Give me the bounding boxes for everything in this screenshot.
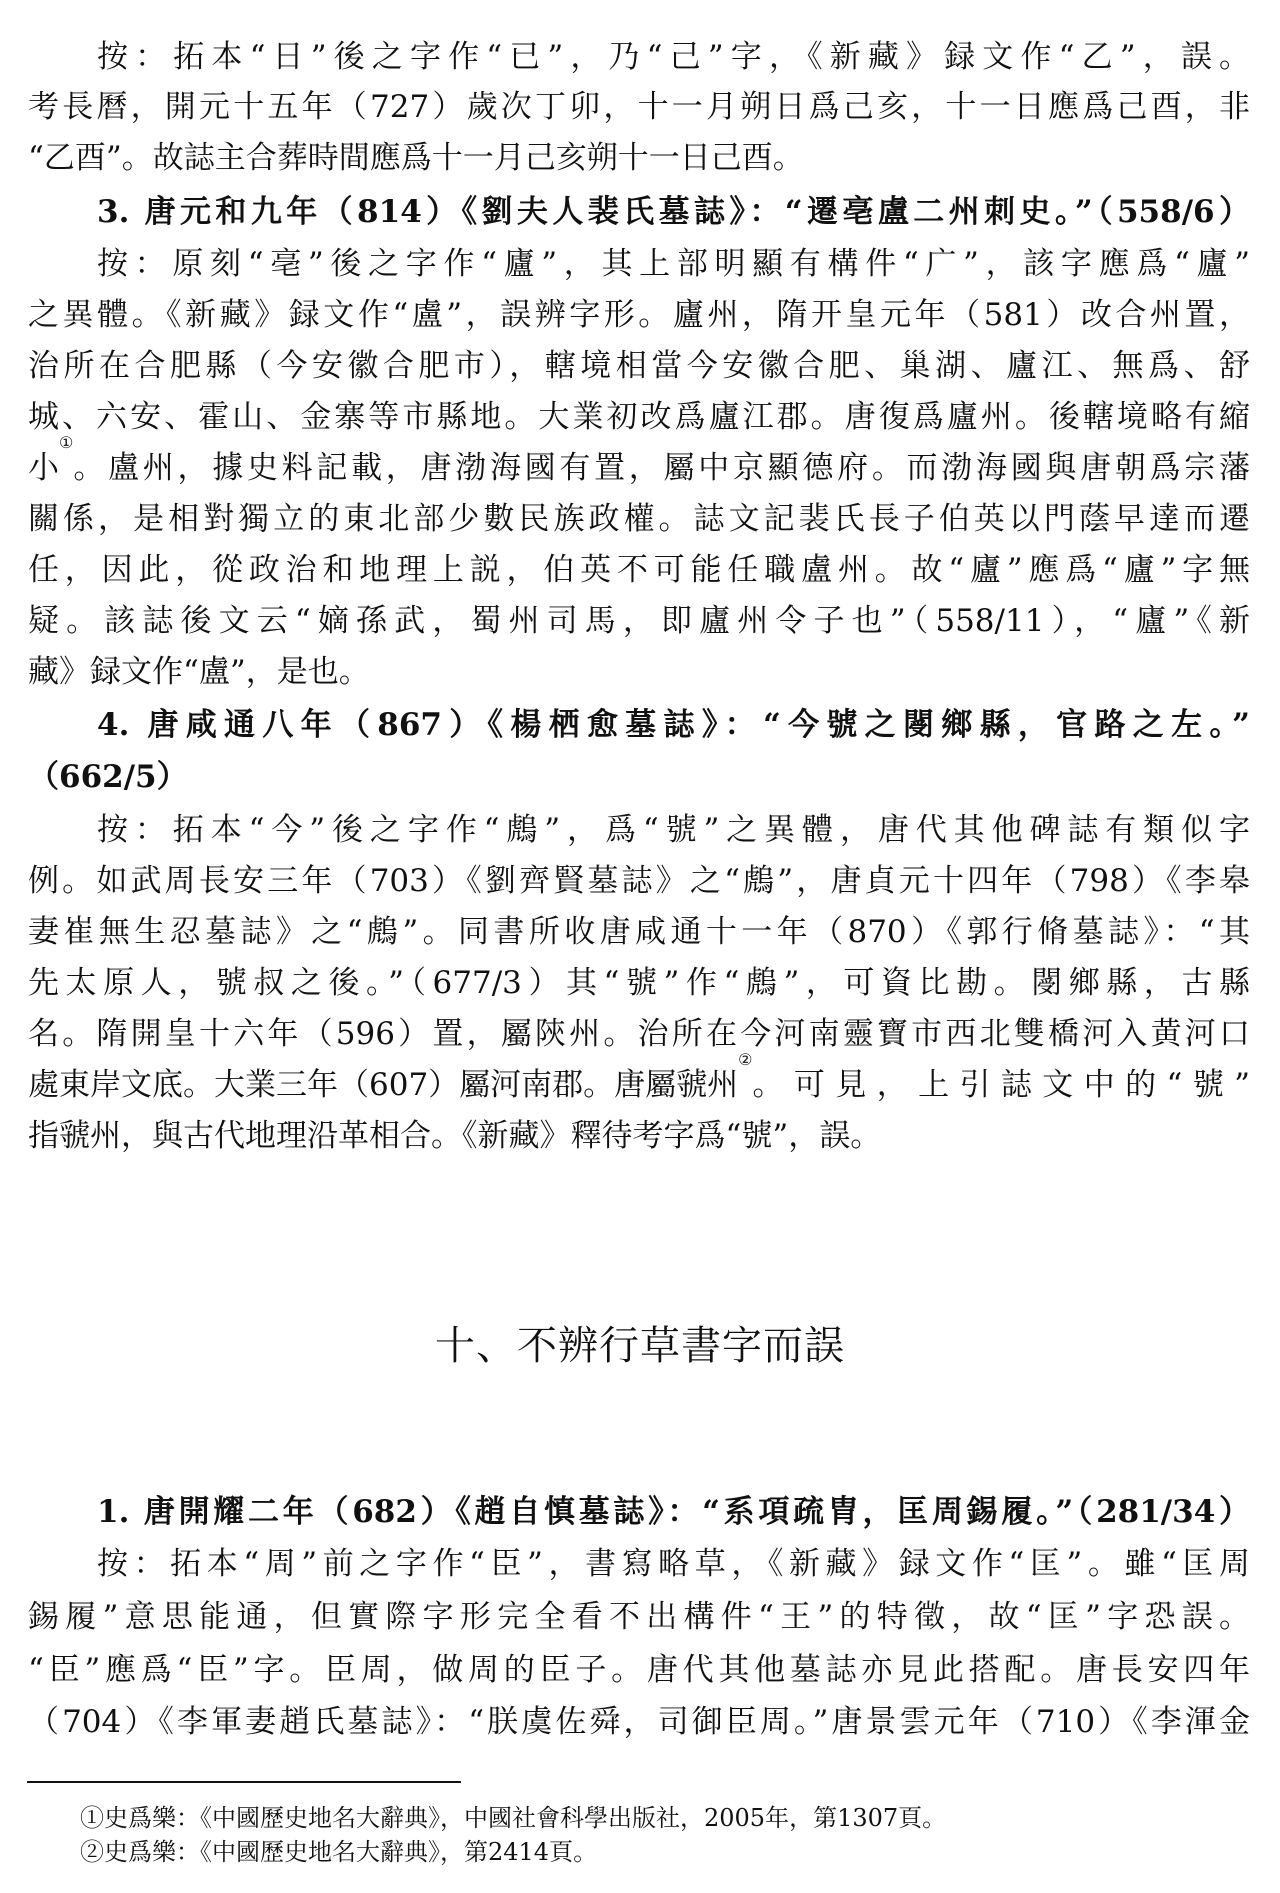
document-page: 按：拓本“日”後之字作“已”，乃“己”字，《新藏》録文作“乙”，誤。 考長曆，開… xyxy=(0,0,1280,1893)
item-heading-3: 3. 唐元和九年（814）《劉夫人裴氏墓誌》：“遷亳盧二州刺史。”（558/6） xyxy=(97,187,1250,237)
body-line: 按：原刻“亳”後之字作“廬”，其上部明顯有構件“广”，該字應爲“廬” xyxy=(97,239,1250,289)
body-line: 按：拓本“周”前之字作“臣”，書寫略草，《新藏》録文作“匡”。雖“匡周 xyxy=(97,1539,1250,1589)
item-heading-1: 1. 唐開耀二年（682）《趙自慎墓誌》：“系項疏胄，匡周錫履。”（281/34… xyxy=(97,1487,1250,1537)
body-line: 妻崔無生忍墓誌》之“䖚”。同書所收唐咸通十一年（870）《郭行脩墓誌》：“其 xyxy=(28,907,1250,957)
body-line: 之異體。《新藏》録文作“盧”，誤辨字形。廬州，隋开皇元年（581）改合州置， xyxy=(28,290,1250,340)
footnote-2: ②史爲樂：《中國歷史地名大辭典》，第2414頁。 xyxy=(80,1836,597,1868)
text-fragment: 小 xyxy=(28,443,59,493)
body-line: 錫履”意思能通，但實際字形完全看不出構件“王”的特徵，故“匡”字恐誤。 xyxy=(28,1592,1250,1642)
body-line: “臣”應爲“臣”字。臣周，做周的臣子。唐代其他墓誌亦見此搭配。唐長安四年 xyxy=(28,1645,1250,1695)
footnote-ref-2[interactable]: ② xyxy=(738,1060,752,1110)
body-line: 名。隋開皇十六年（596）置，屬陝州。治所在今河南靈寶市西北雙橋河入黄河口 xyxy=(28,1009,1250,1059)
body-line: （704）《李軍妻趙氏墓誌》：“朕虞佐舜，司御臣周。”唐景雲元年（710）《李渾… xyxy=(28,1697,1250,1747)
text-fragment: 。可見，上引誌文中的“號” xyxy=(753,1060,1250,1110)
body-line: 按：拓本“日”後之字作“已”，乃“己”字，《新藏》録文作“乙”，誤。 xyxy=(97,32,1250,82)
body-line-with-footnote: 小①。盧州，據史料記載，唐渤海國有置，屬中京顯德府。而渤海國與唐朝爲宗藩 xyxy=(28,443,1250,493)
item-heading-4: 4. 唐咸通八年（867）《楊栖愈墓誌》：“今號之閿鄉縣，官路之左。” xyxy=(97,700,1250,750)
body-line: 治所在合肥縣（今安徽合肥市），轄境相當今安徽合肥、巢湖、廬江、無爲、舒 xyxy=(28,341,1250,391)
body-line: 疑。該誌後文云“嫡孫武，蜀州司馬，即廬州令子也”（558/11），“廬”《新 xyxy=(28,596,1250,646)
body-line: 關係，是相對獨立的東北部少數民族政權。誌文記裴氏長子伯英以門蔭早達而遷 xyxy=(28,494,1250,544)
footnote-1: ①史爲樂：《中國歷史地名大辭典》，中國社會科學出版社，2005年，第1307頁。 xyxy=(80,1802,946,1834)
body-line: 先太原人，號叔之後。”（677/3）其“號”作“䖚”，可資比勘。閿鄉縣，古縣 xyxy=(28,958,1250,1008)
text-fragment: 處東岸文底。大業三年（607）屬河南郡。唐屬虢州 xyxy=(28,1060,738,1110)
body-line: 任，因此，從政治和地理上説，伯英不可能任職盧州。故“廬”應爲“廬”字無 xyxy=(28,545,1250,595)
footnote-ref-1[interactable]: ① xyxy=(59,443,73,493)
body-line: “乙酉”。故誌主合葬時間應爲十一月己亥朔十一日己酉。 xyxy=(28,133,1250,183)
text-fragment: 。盧州，據史料記載，唐渤海國有置，屬中京顯德府。而渤海國與唐朝爲宗藩 xyxy=(73,443,1250,493)
body-line: 指虢州，與古代地理沿革相合。《新藏》釋待考字爲“號”，誤。 xyxy=(28,1111,1250,1161)
body-line-with-footnote: 處東岸文底。大業三年（607）屬河南郡。唐屬虢州②。可見，上引誌文中的“號” xyxy=(28,1060,1250,1110)
section-title: 十、不辨行草書字而誤 xyxy=(0,1318,1280,1374)
body-line: 按：拓本“今”後之字作“䖚”，爲“號”之異體，唐代其他碑誌有類似字 xyxy=(97,805,1250,855)
body-line: 例。如武周長安三年（703）《劉齊賢墓誌》之“䖚”，唐貞元十四年（798）《李皋 xyxy=(28,856,1250,906)
body-line: 藏》録文作“盧”，是也。 xyxy=(28,647,1250,697)
item-heading-4-cont: （662/5） xyxy=(28,752,1250,802)
footnote-divider xyxy=(27,1781,461,1783)
body-line: 考長曆，開元十五年（727）歲次丁卯，十一月朔日爲己亥，十一日應爲己酉，非 xyxy=(28,82,1250,132)
body-line: 城、六安、霍山、金寨等市縣地。大業初改爲廬江郡。唐復爲廬州。後轄境略有縮 xyxy=(28,392,1250,442)
